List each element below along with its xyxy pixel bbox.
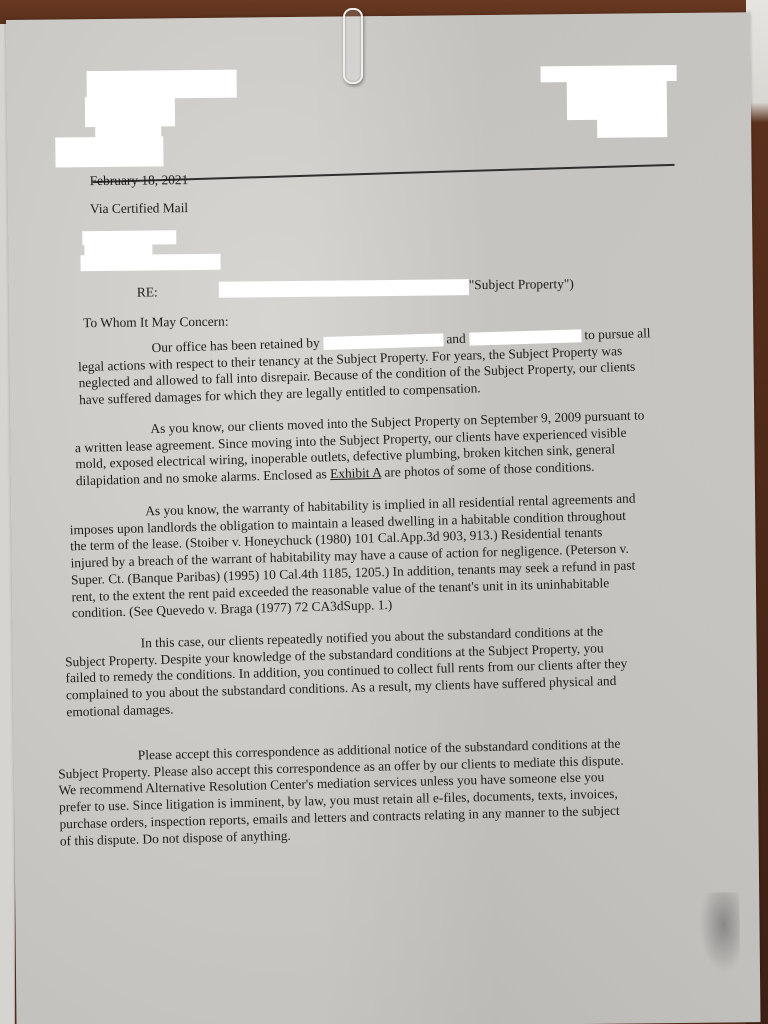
- paper-curl-shadow: [699, 892, 740, 972]
- exhibit-a-reference: Exhibit A: [330, 465, 381, 481]
- redacted-sender-left: [55, 136, 163, 167]
- letter-page: February 18, 2021 Via Certified Mail RE:…: [6, 12, 761, 1024]
- salutation: To Whom It May Concern:: [83, 314, 229, 332]
- text-span: and: [446, 331, 466, 347]
- text-span: to pursue all: [584, 325, 651, 342]
- re-subject: "Subject Property"): [469, 276, 574, 294]
- redacted-client-name: [469, 330, 581, 346]
- paragraph-notice: In this case, our clients repeatedly not…: [64, 623, 628, 721]
- redacted-sender-left: [87, 70, 237, 100]
- letter-date: February 18, 2021: [90, 172, 189, 190]
- redacted-sender-right: [567, 79, 667, 120]
- redacted-property-address: [219, 279, 469, 298]
- re-label: RE:: [137, 284, 158, 301]
- paragraph-warranty: As you know, the warranty of habitabilit…: [69, 491, 638, 623]
- redacted-sender-right: [597, 117, 667, 138]
- redacted-client-name: [323, 334, 443, 351]
- redacted-recipient: [80, 254, 220, 271]
- paperclip: [343, 8, 363, 84]
- delivery-method: Via Certified Mail: [90, 200, 188, 218]
- paragraph-mediation: Please accept this correspondence as add…: [58, 736, 626, 850]
